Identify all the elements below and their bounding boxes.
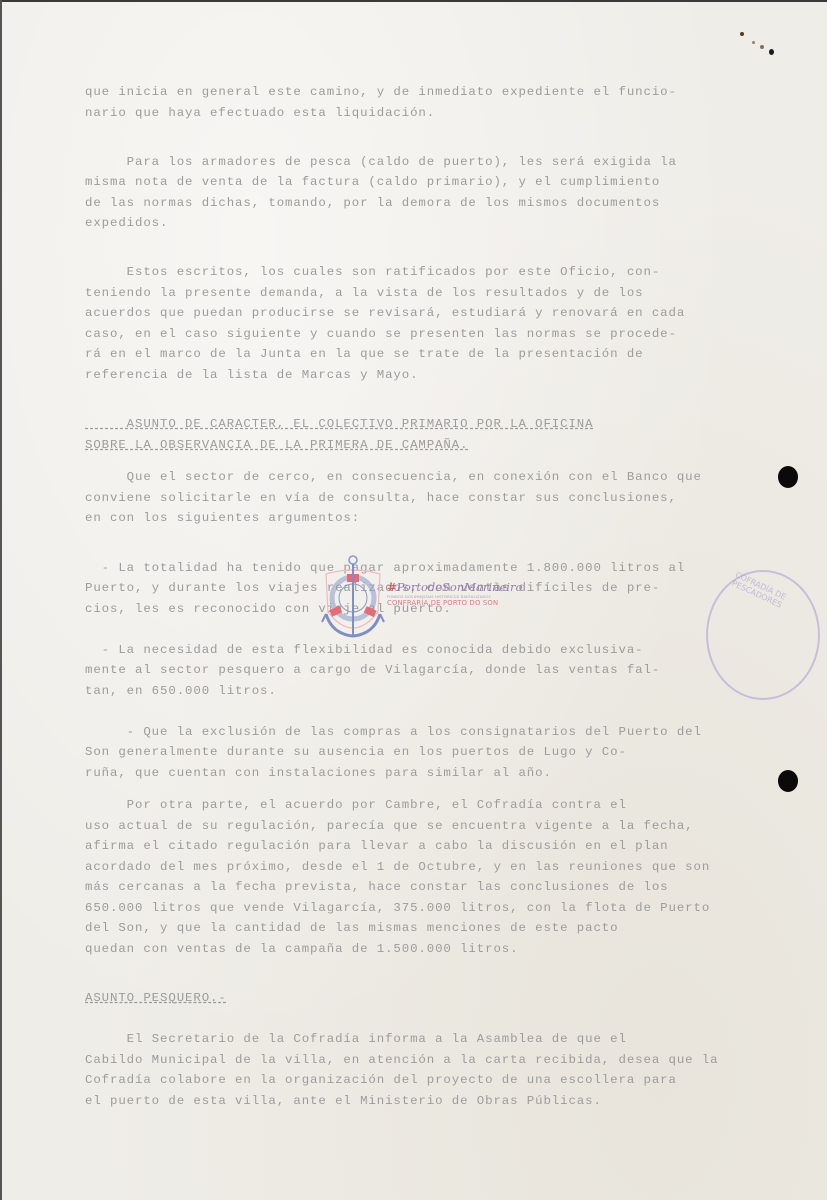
paragraph-gap [85,701,785,722]
scanned-page: que inicia en general este camino, y de … [0,0,827,1200]
binder-hole [778,466,798,488]
scan-border-top [0,0,827,2]
paragraph: Para los armadores de pesca (caldo de pu… [85,152,785,234]
text-line: Que el sector de cerco, en consecuencia,… [85,467,785,488]
text-line: acuerdos que puedan producirse se revisa… [85,303,785,324]
text-line: Estos escritos, los cuales son ratificad… [85,262,785,283]
text-line: uso actual de su regulación, parecía que… [85,816,785,837]
paragraph-gap [85,234,785,263]
paragraph-gap [85,123,785,152]
paragraph: Por otra parte, el acuerdo por Cambre, e… [85,795,785,959]
text-line: Para los armadores de pesca (caldo de pu… [85,152,785,173]
paragraph: - Que la exclusión de las compras a los … [85,722,785,784]
text-line: rá en el marco de la Junta en la que se … [85,344,785,365]
text-line: 650.000 litros que vende Vilagarcía, 375… [85,898,785,919]
confraria-logo: #PortodeSonMariñeiro FONDOS DOCUMENTAIS … [318,552,518,644]
section-heading: ASUNTO DE CARACTER, EL COLECTIVO PRIMARI… [85,414,785,455]
text-line: - Que la exclusión de las compras a los … [85,722,785,743]
text-line: Cofradía colabore en la organización del… [85,1070,785,1091]
paragraph-gap [85,783,785,795]
text-line: del Son, y que la cantidad de las mismas… [85,918,785,939]
logo-brand-name: PortodeSonMariñeiro [397,580,523,594]
text-line: ruña, que cuentan con instalaciones para… [85,763,785,784]
text-line: acordado del mes próximo, desde el 1 de … [85,857,785,878]
text-line: quedan con ventas de la campaña de 1.500… [85,939,785,960]
text-line: caso, en el caso siguiente y cuando se p… [85,324,785,345]
text-line: el puerto de esta villa, ante el Ministe… [85,1091,785,1112]
binder-hole [778,770,798,792]
paragraph: - La necesidad de esta flexibilidad es c… [85,640,785,702]
text-line: teniendo la presente demanda, a la vista… [85,283,785,304]
text-line: en con los siguientes argumentos: [85,508,785,529]
anchor-lifebuoy-icon [318,552,388,644]
text-line: nario que haya efectuado esta liquidació… [85,103,785,124]
text-line: afirma el citado regulación para llevar … [85,836,785,857]
paragraph-gap [85,455,785,467]
text-line: conviene solicitarle en vía de consulta,… [85,488,785,509]
text-line: tan, en 650.000 litros. [85,681,785,702]
text-line: Cabildo Municipal de la villa, en atenci… [85,1050,785,1071]
text-line: que inicia en general este camino, y de … [85,82,785,103]
paragraph: Estos escritos, los cuales son ratificad… [85,262,785,385]
paragraph: que inicia en general este camino, y de … [85,82,785,123]
text-line: El Secretario de la Cofradía informa a l… [85,1029,785,1050]
paragraph: El Secretario de la Cofradía informa a l… [85,1029,785,1111]
text-line: expedidos. [85,213,785,234]
cofradia-stamp: COFRADÍA DE PESCADORES [706,570,820,700]
text-line: referencia de la lista de Marcas y Mayo. [85,365,785,386]
text-line: ASUNTO PESQUERO.- [85,988,785,1009]
text-line: más cercanas a la fecha prevista, hace c… [85,877,785,898]
text-line: Por otra parte, el acuerdo por Cambre, e… [85,795,785,816]
section-heading: ASUNTO PESQUERO.- [85,988,785,1009]
text-line: misma nota de venta de la factura (caldo… [85,172,785,193]
paragraph-gap [85,385,785,414]
logo-hash: # [387,580,397,594]
logo-text-block: #PortodeSonMariñeiro FONDOS DOCUMENTAIS … [387,580,522,607]
paragraph-gap [85,959,785,988]
text-line: mente al sector pesquero a cargo de Vila… [85,660,785,681]
logo-organization: CONFRARÍA DE PORTO DO SON [387,599,522,607]
scan-border-left [0,0,2,1200]
text-line: ASUNTO DE CARACTER, EL COLECTIVO PRIMARI… [85,414,785,435]
paragraph: Que el sector de cerco, en consecuencia,… [85,467,785,529]
paragraph-gap [85,1009,785,1030]
text-line: SOBRE LA OBSERVANCIA DE LA PRIMERA DE CA… [85,435,785,456]
logo-brand: #PortodeSonMariñeiro [387,580,522,594]
text-line: Son generalmente durante su ausencia en … [85,742,785,763]
text-line: de las normas dichas, tomando, por la de… [85,193,785,214]
